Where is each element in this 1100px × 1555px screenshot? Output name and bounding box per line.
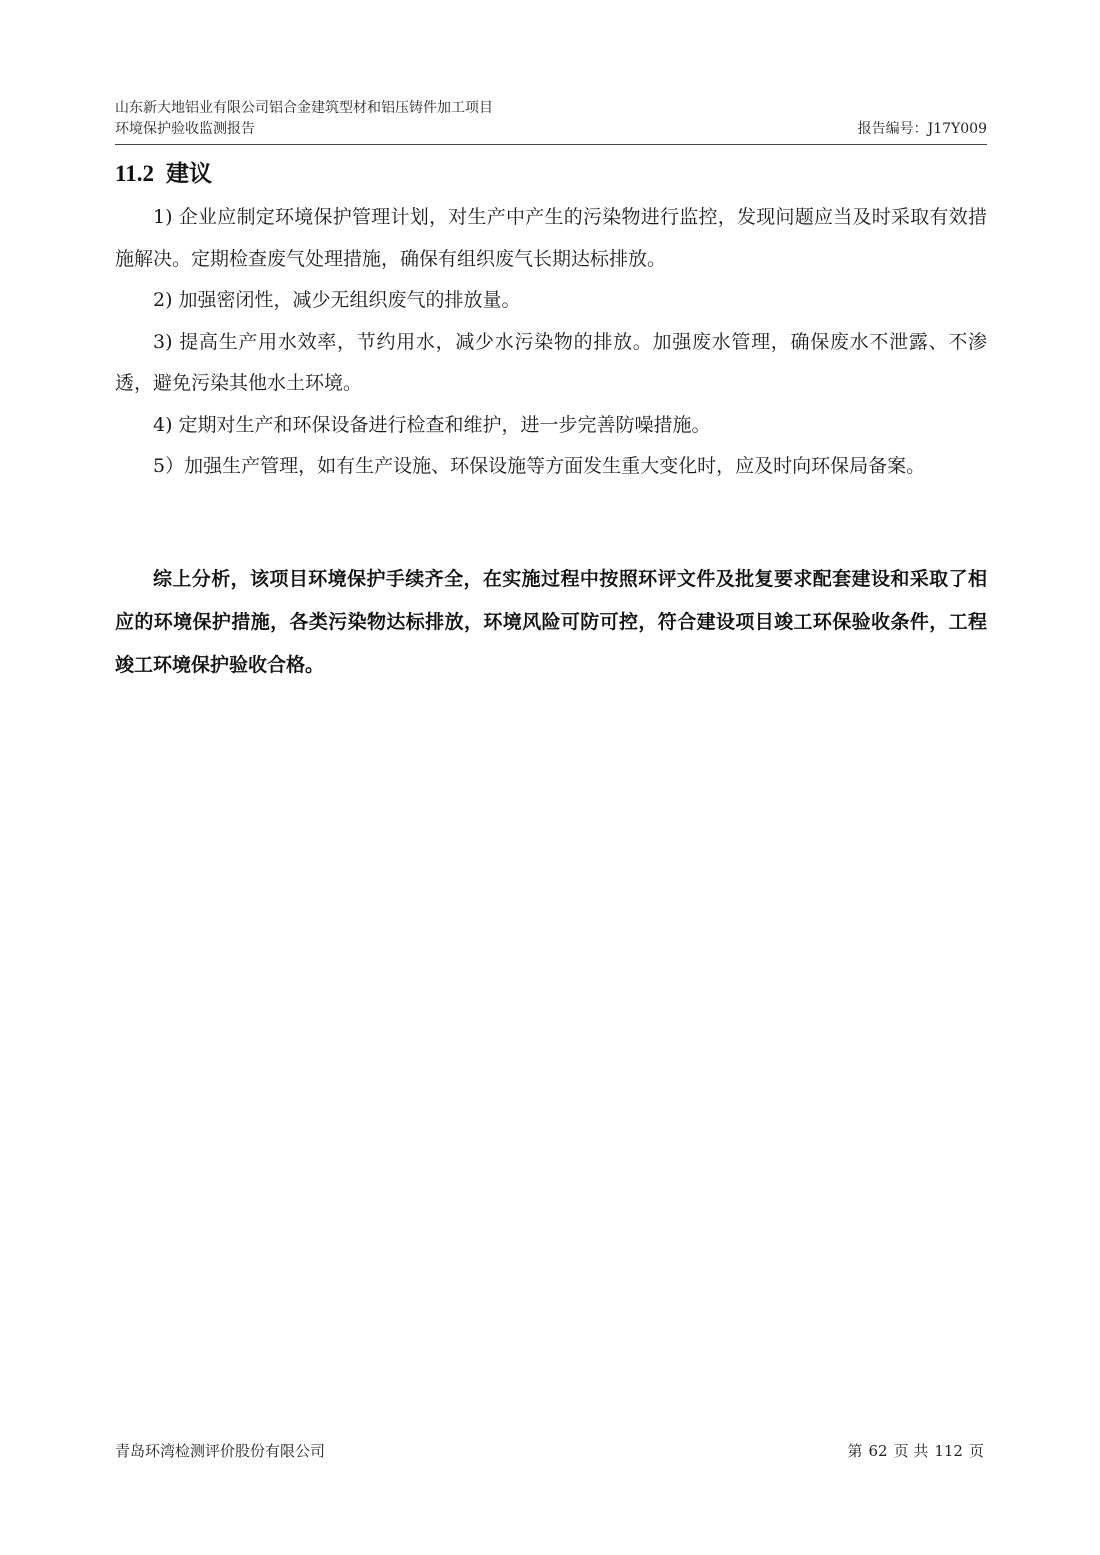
recommendation-item-3: 3) 提高生产用水效率，节约用水，减少水污染物的排放。加强废水管理，确保废水不泄… — [115, 322, 987, 405]
recommendation-item-2: 2) 加强密闭性，减少无组织废气的排放量。 — [115, 280, 987, 322]
conclusion-paragraph: 综上分析，该项目环境保护手续齐全，在实施过程中按照环评文件及批复要求配套建设和采… — [115, 558, 987, 687]
report-number-label: 报告编号： — [858, 121, 928, 137]
recommendation-item-4: 4) 定期对生产和环保设备进行检查和维护，进一步完善防噪措施。 — [115, 405, 987, 447]
header-project-line: 山东新大地铝业有限公司铝合金建筑型材和铝压铸件加工项目 — [115, 98, 987, 119]
header-report-line: 环境保护验收监测报告 报告编号：J17Y009 — [115, 119, 987, 140]
page-suffix: 页 — [969, 1442, 984, 1460]
page-total: 112 — [934, 1442, 963, 1460]
section-title: 建议 — [166, 161, 212, 186]
page-header: 山东新大地铝业有限公司铝合金建筑型材和铝压铸件加工项目 环境保护验收监测报告 报… — [115, 98, 987, 145]
page-mid: 页 共 — [894, 1442, 929, 1460]
footer-company: 青岛环湾检测评价股份有限公司 — [115, 1440, 325, 1461]
recommendations-list: 1) 企业应制定环境保护管理计划，对生产中产生的污染物进行监控，发现问题应当及时… — [115, 197, 987, 488]
section-number: 11.2 — [115, 161, 154, 186]
recommendation-item-5: 5）加强生产管理，如有生产设施、环保设施等方面发生重大变化时，应及时向环保局备案… — [115, 446, 987, 488]
recommendation-item-1: 1) 企业应制定环境保护管理计划，对生产中产生的污染物进行监控，发现问题应当及时… — [115, 197, 987, 280]
report-number-value: J17Y009 — [928, 121, 987, 137]
page-footer: 青岛环湾检测评价股份有限公司 第62页 共112页 — [115, 1440, 987, 1461]
page-number: 第62页 共112页 — [844, 1440, 987, 1461]
report-title: 环境保护验收监测报告 — [115, 119, 255, 140]
page-prefix: 第 — [847, 1442, 862, 1460]
section-heading: 11.2建议 — [115, 155, 212, 188]
project-title: 山东新大地铝业有限公司铝合金建筑型材和铝压铸件加工项目 — [115, 98, 493, 119]
report-number: 报告编号：J17Y009 — [858, 119, 987, 140]
page-current: 62 — [868, 1442, 887, 1460]
